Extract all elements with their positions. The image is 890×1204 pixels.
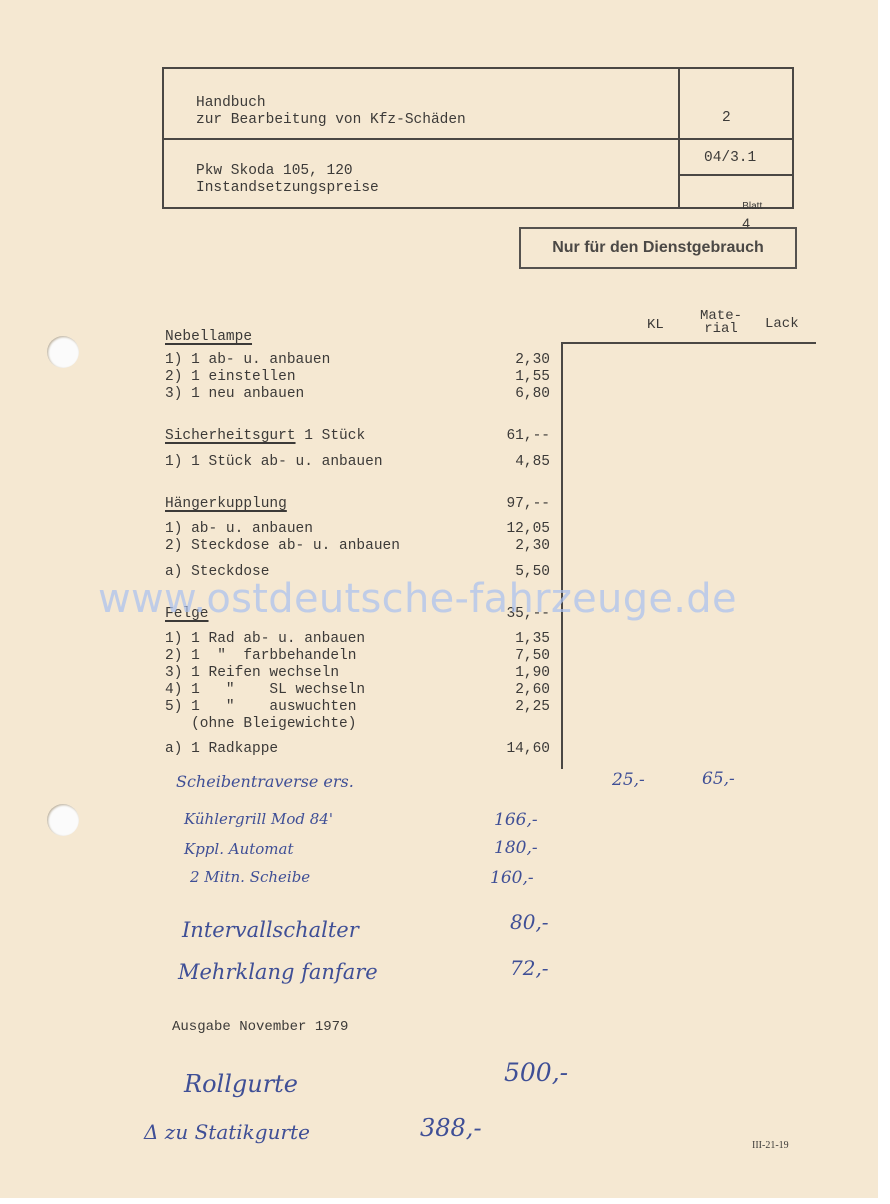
- header-title-line2: zur Bearbeitung von Kfz-Schäden: [196, 112, 466, 129]
- item-label: 1) 1 ab- u. anbauen: [165, 352, 330, 369]
- punch-hole-top: [47, 336, 79, 368]
- section-title-sicherheitsgurt: Sicherheitsgurt 1 Stück: [165, 428, 365, 445]
- handwritten-label: Scheibentraverse ers.: [176, 772, 354, 791]
- column-header-kl: KL: [647, 319, 664, 332]
- handwritten-price: 500,-: [504, 1058, 568, 1087]
- document-page: Handbuch zur Bearbeitung von Kfz-Schäden…: [0, 0, 879, 1199]
- section-price: 61,--: [480, 428, 550, 445]
- header-code: 04/3.1: [704, 150, 756, 167]
- handwritten-price: 80,-: [510, 910, 549, 934]
- handwritten-price: 160,-: [490, 868, 534, 888]
- header-box: Handbuch zur Bearbeitung von Kfz-Schäden…: [162, 67, 794, 209]
- item-price: 2,60: [480, 682, 550, 699]
- header-title-line1: Handbuch: [196, 95, 266, 112]
- handwritten-label: Δ zu Statikgurte: [144, 1120, 310, 1144]
- handwritten-label: Rollgurte: [184, 1070, 298, 1098]
- handwritten-label: Intervallschalter: [182, 918, 359, 942]
- item-price: 1,90: [480, 665, 550, 682]
- item-label: a) 1 Radkappe: [165, 741, 278, 758]
- table-rule-vertical: [561, 343, 563, 769]
- handwritten-price: 180,-: [494, 838, 538, 858]
- section-title-text: Sicherheitsgurt: [165, 428, 296, 444]
- handwritten-label: Kühlergrill Mod 84': [184, 810, 333, 828]
- item-price: 2,25: [480, 699, 550, 716]
- header-divider-code: [680, 174, 794, 176]
- header-divider-horizontal: [164, 138, 792, 140]
- scan-margin-bottom: [0, 1198, 890, 1204]
- item-label: 2) 1 einstellen: [165, 369, 296, 386]
- edition-date: Ausgabe November 1979: [172, 1019, 348, 1036]
- item-label: 1) 1 Stück ab- u. anbauen: [165, 454, 383, 471]
- item-label: 3) 1 Reifen wechseln: [165, 665, 339, 682]
- handwritten-price: 72,-: [510, 956, 549, 980]
- item-label: 5) 1 " auswuchten: [165, 699, 356, 716]
- item-price: 1,55: [480, 369, 550, 386]
- watermark-url: www.ostdeutsche-fahrzeuge.de: [98, 576, 737, 622]
- handwritten-price: 166,-: [494, 810, 538, 830]
- handwritten-kl: 25,-: [612, 770, 645, 790]
- section-title-nebellampe: Nebellampe: [165, 329, 252, 346]
- item-label: 3) 1 neu anbauen: [165, 386, 304, 403]
- form-code: III-21-19: [752, 1140, 789, 1151]
- restricted-use-stamp: Nur für den Dienstgebrauch: [519, 227, 797, 269]
- punch-hole-bottom: [47, 804, 79, 836]
- blatt-label: Blatt: [742, 201, 762, 212]
- item-price: 2,30: [480, 538, 550, 555]
- section-title-haengerkupplung: Hängerkupplung: [165, 496, 287, 513]
- handwritten-label: Kppl. Automat: [184, 840, 294, 858]
- section-price: 97,--: [480, 496, 550, 513]
- header-vehicle-line2: Instandsetzungspreise: [196, 180, 379, 197]
- item-price: 6,80: [480, 386, 550, 403]
- handwritten-label: Mehrklang fanfare: [178, 960, 378, 984]
- item-label: 2) Steckdose ab- u. anbauen: [165, 538, 400, 555]
- item-label: 4) 1 " SL wechseln: [165, 682, 365, 699]
- item-price: 12,05: [480, 521, 550, 538]
- item-label: 1) 1 Rad ab- u. anbauen: [165, 631, 365, 648]
- header-vehicle-line1: Pkw Skoda 105, 120: [196, 163, 353, 180]
- column-header-material: Mate- rial: [700, 310, 742, 336]
- scan-margin-right: [878, 0, 890, 1204]
- column-header-lack: Lack: [765, 318, 799, 331]
- handwritten-material: 65,-: [702, 769, 735, 789]
- item-note: (ohne Bleigewichte): [165, 716, 356, 733]
- item-label: 1) ab- u. anbauen: [165, 521, 313, 538]
- header-section-number: 2: [722, 110, 731, 127]
- item-price: 1,35: [480, 631, 550, 648]
- item-price: 7,50: [480, 648, 550, 665]
- item-price: 14,60: [480, 741, 550, 758]
- handwritten-price: 388,-: [420, 1114, 482, 1142]
- section-title-suffix: 1 Stück: [296, 428, 366, 444]
- handwritten-label: 2 Mitn. Scheibe: [190, 868, 310, 886]
- table-rule-horizontal: [561, 342, 816, 344]
- item-price: 2,30: [480, 352, 550, 369]
- item-label: 2) 1 " farbbehandeln: [165, 648, 356, 665]
- item-price: 4,85: [480, 454, 550, 471]
